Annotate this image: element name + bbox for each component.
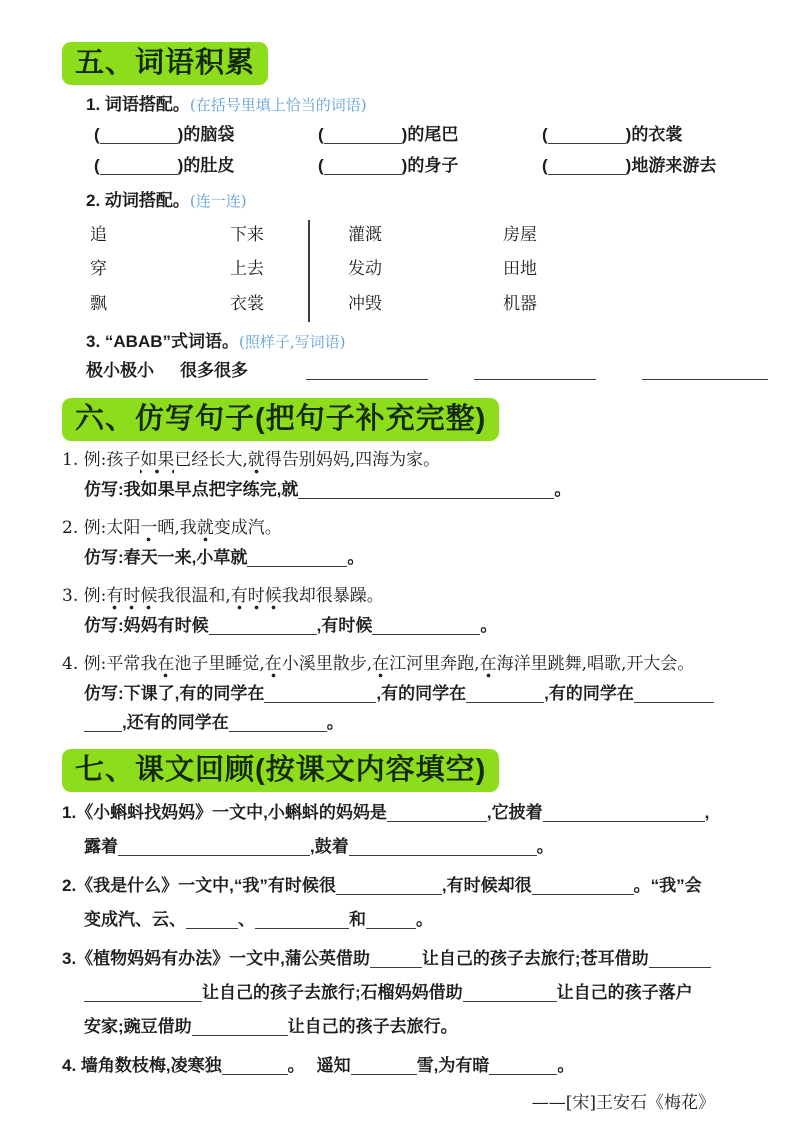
s7-item-4-poem: 4. 墙角数枝梅,凌寒独。遥知雪,为有暗。	[62, 1049, 737, 1083]
match-word: 田地	[503, 253, 537, 287]
spacer	[248, 375, 306, 376]
text-segment: 。	[347, 548, 364, 567]
paren-fill-phrase: ()的尾巴	[318, 119, 542, 150]
text-segment: 1.《小蝌蚪找妈妈》一文中,小蝌蚪的妈妈是	[62, 803, 387, 822]
text-segment: (在括号里填上恰当的词语)	[190, 96, 367, 114]
text-segment: (连一连)	[190, 192, 247, 210]
fill-blank	[324, 159, 402, 175]
fill-in-line: 1.《小蝌蚪找妈妈》一文中,小蝌蚪的妈妈是,它披着,	[62, 796, 737, 830]
s7-item-2: 2.《我是什么》一文中,“我”有时候很,有时候却很。“我”会 变成汽、云、、和。	[62, 869, 737, 937]
text-segment: 雪,为有暗	[417, 1056, 490, 1075]
text-segment: 仿写:我如果早点把字练完,就	[84, 480, 298, 499]
match-word: 上去	[230, 253, 308, 287]
text-segment: 仿写:下课了,有的同学在	[84, 684, 264, 703]
text-segment: 、	[238, 910, 255, 929]
fill-in-line: 2.《我是什么》一文中,“我”有时候很,有时候却很。“我”会	[62, 869, 737, 903]
text-segment: )的肚皮	[178, 156, 235, 175]
abab-example-line: 极小极小很多很多	[86, 356, 737, 386]
verb-word: 灌溉	[348, 219, 503, 253]
fill-blank	[255, 913, 349, 929]
fill-blank	[247, 551, 347, 567]
paren-fill-phrase: ()的身子	[318, 150, 542, 181]
fill-blank	[634, 687, 714, 703]
match-word: 房屋	[503, 219, 537, 253]
section-5-header: 五、词语积累	[62, 42, 737, 85]
section-6-header: 六、仿写句子(把句子补充完整)	[62, 398, 737, 441]
s6-item-1: 1. 例:孩子如果已经长大,就得告别妈妈,四海为家。 仿写:我如果早点把字练完,…	[62, 445, 737, 504]
verb-word: 冲毁	[348, 288, 503, 322]
s5-item1-label: 1. 词语搭配。(在括号里填上恰当的词语)	[86, 91, 737, 119]
text-segment: ,还有的同学在	[122, 713, 229, 732]
imitation-sentence-cont: ,还有的同学在。	[62, 708, 737, 737]
fill-blank	[209, 619, 317, 635]
text-segment: 3. 例:	[62, 586, 106, 606]
paren-fill-phrase: ()的衣裳	[542, 119, 737, 150]
text-segment: 在	[372, 654, 389, 678]
text-segment: 在	[157, 654, 174, 678]
text-segment: ,	[705, 803, 710, 822]
text-segment: 2. 例:太阳	[62, 518, 140, 538]
paren-fill-phrase: ()的肚皮	[94, 150, 318, 181]
text-segment: 在	[480, 654, 497, 678]
text-segment: ,有时候却很	[442, 876, 532, 895]
fill-in-line-cont: 露着,鼓着。	[62, 830, 737, 864]
s5-item1-row2: ()的肚皮 ()的身子 ()地游来游去	[94, 150, 737, 181]
text-segment: 晒,我	[157, 518, 196, 538]
fill-blank	[229, 716, 327, 732]
text-segment: 。	[480, 616, 497, 635]
text-segment: 极小极小	[86, 361, 154, 380]
text-segment: 变成汽。	[214, 518, 282, 538]
text-segment: 江河里奔跑,	[389, 654, 479, 674]
fill-blank	[192, 1020, 288, 1036]
fill-blank	[474, 364, 596, 380]
text-segment: (照样子,写词语)	[239, 333, 345, 351]
text-segment: ,有的同学在	[544, 684, 634, 703]
text-segment: 。	[554, 480, 571, 499]
fill-blank	[186, 913, 238, 929]
text-segment: 露着	[84, 837, 118, 856]
verb-word: 发动	[348, 253, 503, 287]
fill-in-line-cont: 安家;豌豆借助让自己的孩子去旅行。	[62, 1010, 737, 1044]
fill-in-line-cont: 变成汽、云、、和。	[62, 903, 737, 937]
fill-blank	[466, 687, 544, 703]
s6-item-3: 3. 例:有时候我很温和,有时候我却很暴躁。 仿写:妈妈有时候,有时候。	[62, 581, 737, 640]
imitation-sentence: 仿写:下课了,有的同学在,有的同学在,有的同学在	[62, 679, 737, 708]
verb-word: 追	[90, 219, 230, 253]
fill-blank	[387, 806, 487, 822]
text-segment: )的脑袋	[178, 125, 235, 144]
paren-fill-phrase: ()地游来游去	[542, 150, 737, 181]
fill-blank	[489, 1059, 557, 1075]
fill-blank	[118, 840, 310, 856]
paren-fill-phrase: ()的脑袋	[94, 119, 318, 150]
s5-item3-label: 3. “ABAB”式词语。(照样子,写词语)	[86, 328, 737, 356]
example-sentence: 2. 例:太阳一晒,我就变成汽。	[62, 513, 737, 543]
fill-blank	[366, 913, 416, 929]
text-segment: 让自己的孩子去旅行;苍耳借助	[422, 949, 649, 968]
text-segment: 如果	[140, 450, 174, 474]
s7-item-3: 3.《植物妈妈有办法》一文中,蒲公英借助让自己的孩子去旅行;苍耳借助 让自己的孩…	[62, 942, 737, 1044]
example-sentence: 4. 例:平常我在池子里睡觉,在小溪里散步,在江河里奔跑,在海洋里跳舞,唱歌,开…	[62, 649, 737, 679]
text-segment: 有时候	[231, 586, 282, 610]
fill-blank	[84, 986, 202, 1002]
text-segment: 3. “ABAB”式词语。	[86, 332, 239, 351]
fill-blank	[306, 364, 428, 380]
fill-blank	[298, 483, 554, 499]
fill-blank	[336, 879, 442, 895]
match-word: 机器	[503, 288, 537, 322]
match-word: 衣裳	[230, 288, 308, 322]
section-7-title: 七、课文回顾(按课文内容填空)	[62, 749, 499, 792]
fill-blank	[264, 687, 376, 703]
example-sentence: 1. 例:孩子如果已经长大,就得告别妈妈,四海为家。	[62, 445, 737, 475]
text-segment: 。	[327, 713, 344, 732]
fill-blank	[324, 128, 402, 144]
fill-blank	[100, 159, 178, 175]
fill-blank	[649, 952, 711, 968]
text-segment: 让自己的孩子去旅行;石榴妈妈借助	[202, 983, 463, 1002]
text-segment: 。	[537, 837, 554, 856]
text-segment: 4. 墙角数枝梅,凌寒独	[62, 1056, 222, 1075]
text-segment: 遥知	[317, 1056, 351, 1075]
text-segment: 。“我”会	[634, 876, 702, 895]
section-5-title: 五、词语积累	[62, 42, 268, 85]
text-segment: 一	[140, 518, 157, 542]
s5-item2-label: 2. 动词搭配。(连一连)	[86, 187, 737, 215]
text-segment: 我很温和,	[157, 586, 230, 606]
fill-in-line: 3.《植物妈妈有办法》一文中,蒲公英借助让自己的孩子去旅行;苍耳借助	[62, 942, 737, 976]
column-divider	[308, 220, 310, 322]
text-segment: ,鼓着	[310, 837, 349, 856]
text-segment: 和	[349, 910, 366, 929]
s7-item-1: 1.《小蝌蚪找妈妈》一文中,小蝌蚪的妈妈是,它披着, 露着,鼓着。	[62, 796, 737, 864]
text-segment: 有时候	[106, 586, 157, 610]
text-segment: ,有时候	[317, 616, 373, 635]
verb-word: 穿	[90, 253, 230, 287]
text-segment: 让自己的孩子去旅行。	[288, 1017, 458, 1036]
imitation-sentence: 仿写:春天一来,小草就。	[62, 543, 737, 572]
text-segment: 仿写:妈妈有时候	[84, 616, 209, 635]
fill-blank	[543, 806, 705, 822]
text-segment: )的尾巴	[402, 125, 459, 144]
fill-blank	[349, 840, 537, 856]
text-segment: 变成汽、云、	[84, 910, 186, 929]
spacer	[305, 1070, 317, 1071]
section-6-title: 六、仿写句子(把句子补充完整)	[62, 398, 499, 441]
text-segment: 得告别妈妈,四海为家。	[265, 450, 440, 470]
text-segment: 池子里睡觉,	[174, 654, 264, 674]
text-segment: 3.《植物妈妈有办法》一文中,蒲公英借助	[62, 949, 370, 968]
fill-blank	[84, 716, 122, 732]
fill-blank	[548, 128, 626, 144]
fill-blank	[642, 364, 768, 380]
fill-blank	[370, 952, 422, 968]
spacer	[154, 375, 180, 376]
imitation-sentence: 仿写:妈妈有时候,有时候。	[62, 611, 737, 640]
text-segment: 2.《我是什么》一文中,“我”有时候很	[62, 876, 336, 895]
text-segment: 让自己的孩子落户	[557, 983, 693, 1002]
section-sentence-imitation: 六、仿写句子(把句子补充完整) 1. 例:孩子如果已经长大,就得告别妈妈,四海为…	[62, 398, 737, 737]
text-segment: )的衣裳	[626, 125, 683, 144]
verb-matching-exercise: 追 下来 穿 上去 飘 衣裳 灌溉 房屋 发动 田地 冲毁 机器	[90, 219, 737, 322]
fill-blank	[351, 1059, 417, 1075]
text-segment: 。	[557, 1056, 574, 1075]
text-segment: 就	[248, 450, 265, 474]
fill-blank	[100, 128, 178, 144]
text-segment: 2. 动词搭配。	[86, 191, 190, 210]
text-segment: 海洋里跳舞,唱歌,开大会。	[497, 654, 695, 674]
verb-word: 飘	[90, 288, 230, 322]
text-segment: 很多很多	[180, 361, 248, 380]
text-segment: 仿写:春天一来,小草就	[84, 548, 247, 567]
match-left-columns: 追 下来 穿 上去 飘 衣裳	[90, 219, 308, 322]
s6-item-4: 4. 例:平常我在池子里睡觉,在小溪里散步,在江河里奔跑,在海洋里跳舞,唱歌,开…	[62, 649, 737, 737]
poem-fill-line: 4. 墙角数枝梅,凌寒独。遥知雪,为有暗。	[62, 1049, 737, 1083]
spacer	[596, 375, 642, 376]
section-word-accumulation: 五、词语积累 1. 词语搭配。(在括号里填上恰当的词语) ()的脑袋 ()的尾巴…	[62, 42, 737, 386]
fill-blank	[372, 619, 480, 635]
match-word: 下来	[230, 219, 308, 253]
text-segment: 安家;豌豆借助	[84, 1017, 192, 1036]
s6-item-2: 2. 例:太阳一晒,我就变成汽。 仿写:春天一来,小草就。	[62, 513, 737, 572]
text-segment: 1. 词语搭配。	[86, 95, 190, 114]
text-segment: 就	[197, 518, 214, 542]
text-segment: 4. 例:平常我	[62, 654, 157, 674]
section-7-header: 七、课文回顾(按课文内容填空)	[62, 749, 737, 792]
s5-item1-row1: ()的脑袋 ()的尾巴 ()的衣裳	[94, 119, 737, 150]
text-segment: 小溪里散步,	[282, 654, 372, 674]
text-segment: 。	[416, 910, 433, 929]
fill-blank	[222, 1059, 288, 1075]
text-segment: 已经长大,	[174, 450, 247, 470]
text-segment: 1. 例:孩子	[62, 450, 140, 470]
text-segment: )地游来游去	[626, 156, 717, 175]
match-right-columns: 灌溉 房屋 发动 田地 冲毁 机器	[348, 219, 537, 322]
worksheet-page: 五、词语积累 1. 词语搭配。(在括号里填上恰当的词语) ()的脑袋 ()的尾巴…	[0, 0, 793, 1122]
fill-blank	[548, 159, 626, 175]
fill-in-line-cont: 让自己的孩子去旅行;石榴妈妈借助让自己的孩子落户	[62, 976, 737, 1010]
section-text-review: 七、课文回顾(按课文内容填空) 1.《小蝌蚪找妈妈》一文中,小蝌蚪的妈妈是,它披…	[62, 749, 737, 1118]
text-segment: 。	[288, 1056, 305, 1075]
text-segment: 在	[265, 654, 282, 678]
fill-blank	[532, 879, 634, 895]
poem-attribution: ——[宋]王安石《梅花》	[62, 1088, 737, 1118]
text-segment: ,它披着	[487, 803, 543, 822]
imitation-sentence: 仿写:我如果早点把字练完,就。	[62, 475, 737, 504]
example-sentence: 3. 例:有时候我很温和,有时候我却很暴躁。	[62, 581, 737, 611]
spacer	[428, 375, 474, 376]
text-segment: ,有的同学在	[376, 684, 466, 703]
text-segment: )的身子	[402, 156, 459, 175]
fill-blank	[463, 986, 557, 1002]
text-segment: 我却很暴躁。	[282, 586, 384, 606]
